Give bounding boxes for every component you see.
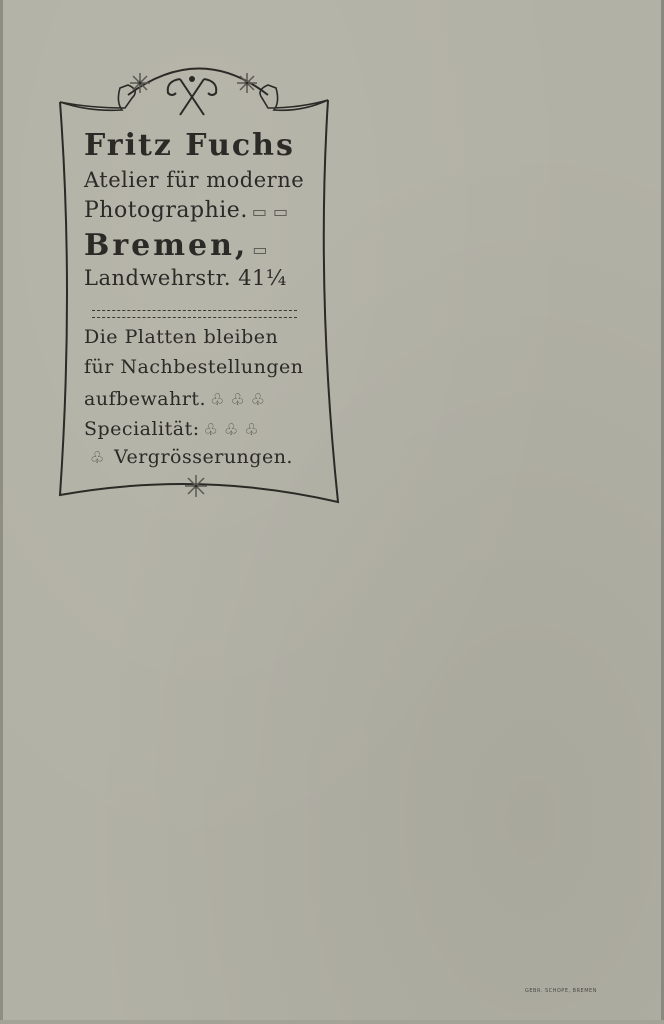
leaf-ornament-icon: ♧♧♧ [210,390,271,409]
notice-text: Vergrösserungen. [114,446,293,468]
divider [92,310,297,318]
notice-line-4: Specialität:♧♧♧ [84,418,314,440]
leaf-ornament-icon: ♧ [90,448,104,467]
studio-name: Fritz Fuchs [84,128,314,163]
star-flower-icon [185,475,207,497]
scroll-ornament-icon: ▭▭ [252,202,294,221]
studio-city: Bremen,▭ [84,228,314,263]
notice-line-5: Vergrösserungen. [114,446,344,468]
card-edge-left [0,0,3,1024]
studio-subtitle-2: Photographie.▭▭ [84,198,314,223]
star-flower-icon [130,73,150,93]
notice-text: aufbewahrt. [84,388,206,410]
notice-line-2: für Nachbestellungen [84,356,314,378]
crossed-monogram-icon [168,77,217,115]
city-text: Bremen, [84,228,248,263]
scroll-ornament-icon: ▭ [252,240,273,259]
card-edge-bottom [0,1020,664,1024]
notice-line-1: Die Platten bleiben [84,326,314,348]
printer-mark: GEBR. SCHOPE, BREMEN [525,988,597,994]
studio-address: Landwehrstr. 41¼ [84,266,314,290]
notice-text: Specialität: [84,418,200,440]
star-flower-icon [237,73,257,93]
studio-subtitle: Atelier für moderne [84,168,314,192]
photography-text: Photographie. [84,198,248,223]
leaf-ornament-icon: ♧♧♧ [204,420,265,439]
notice-line-3: aufbewahrt.♧♧♧ [84,388,314,410]
cabinet-card-back: Fritz Fuchs Atelier für moderne Photogra… [0,0,664,1024]
